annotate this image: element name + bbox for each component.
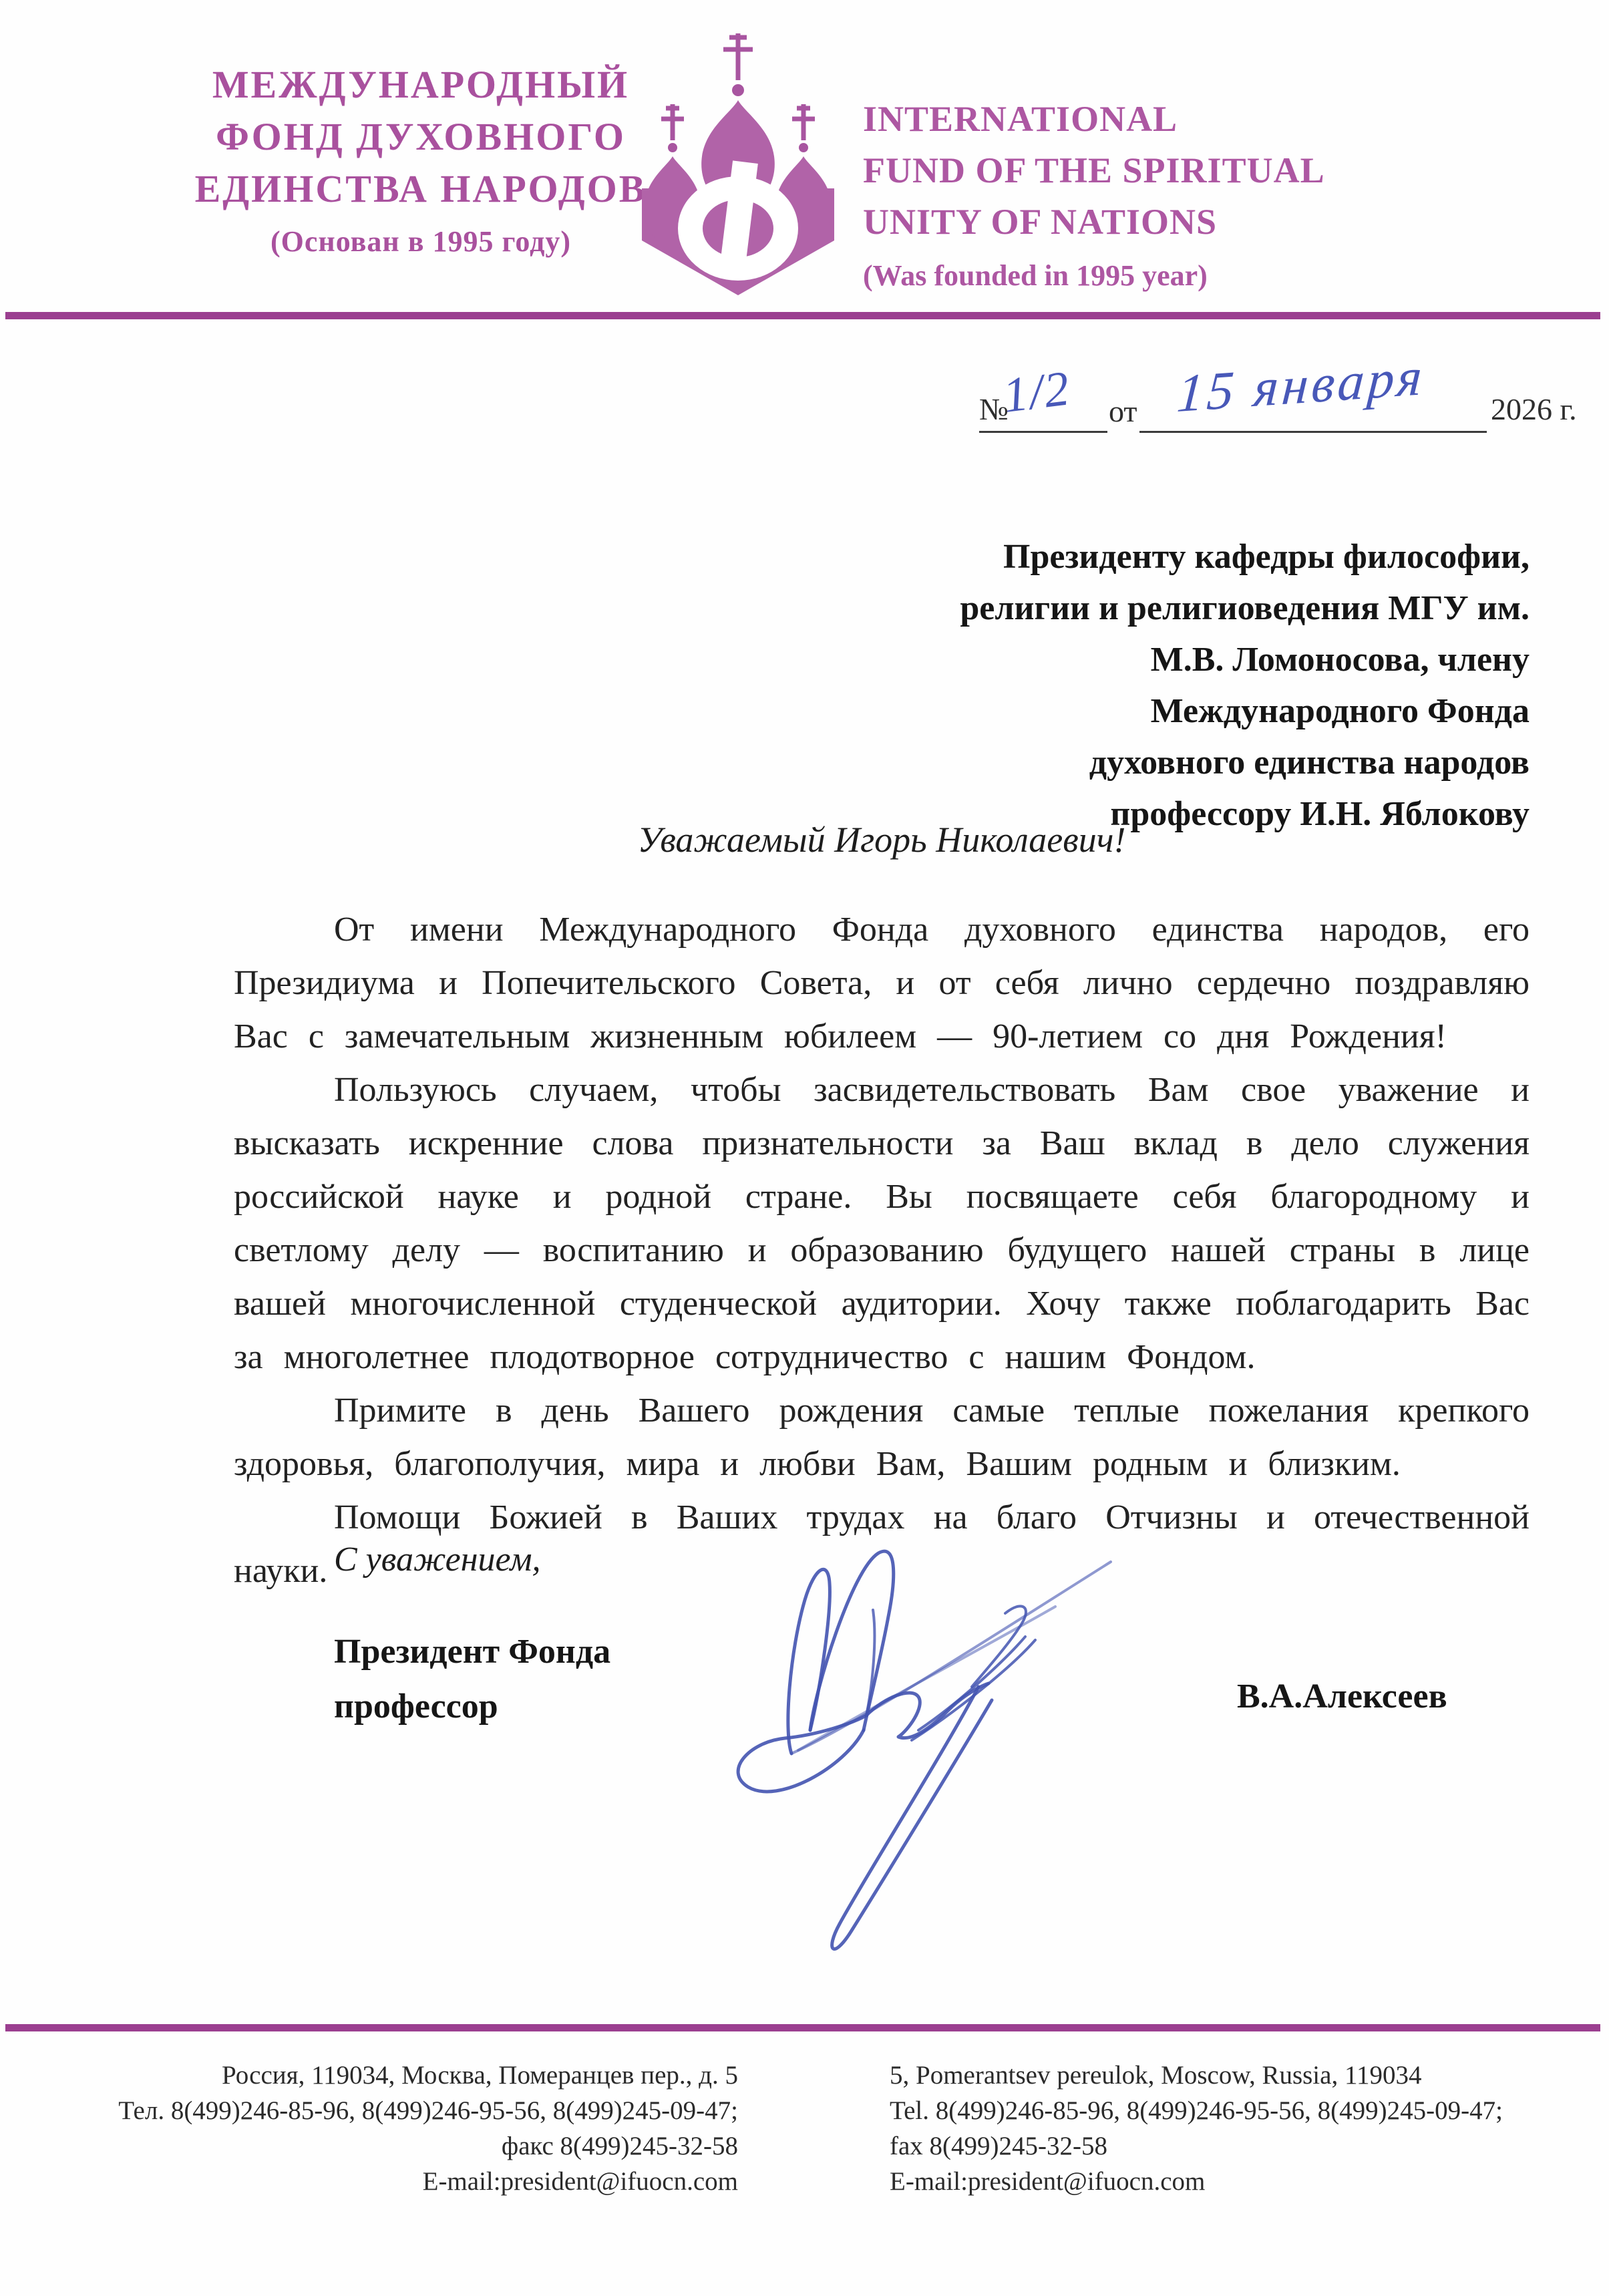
- church-domes-icon: [631, 28, 845, 295]
- ref-date-blank-line: [1139, 431, 1487, 433]
- dome-finial-ball: [732, 84, 744, 96]
- fund-logo: [631, 28, 845, 295]
- org-name-ru-line: МЕЖДУНАРОДНЫЙ: [150, 59, 691, 111]
- org-founded-en: (Was founded in 1995 year): [863, 259, 1531, 293]
- org-founded-ru: (Основан в 1995 году): [150, 224, 691, 259]
- addressee-block: Президенту кафедры философии, религии и …: [828, 531, 1530, 840]
- footer-fax-en: fax 8(499)245-32-58: [890, 2128, 1503, 2164]
- signature-icon: [691, 1530, 1119, 1984]
- org-name-ru-line: ФОНД ДУХОВНОГО: [150, 111, 691, 163]
- f-monogram: [678, 160, 798, 281]
- header-divider-rule: [5, 312, 1600, 319]
- signer-title-line: Президент Фонда: [334, 1625, 610, 1679]
- footer-phones-ru: Тел. 8(499)246-85-96, 8(499)246-95-56, 8…: [118, 2093, 738, 2128]
- footer-contact-english: 5, Pomerantsev pereulok, Moscow, Russia,…: [890, 2058, 1503, 2199]
- signer-titles: Президент Фонда профессор: [334, 1625, 610, 1734]
- handwritten-signature: [691, 1530, 1119, 1984]
- scanned-letter-page: { "document": { "type": "official congra…: [0, 0, 1609, 2296]
- addressee-line: Международного Фонда: [828, 685, 1530, 737]
- footer-address-ru: Россия, 119034, Москва, Померанцев пер.,…: [118, 2058, 738, 2093]
- ref-year-suffix: 2026 г.: [1491, 391, 1577, 427]
- addressee-line: Президенту кафедры философии,: [828, 531, 1530, 583]
- ref-date-label: от: [1109, 393, 1137, 429]
- ref-number-blank-line: [979, 431, 1107, 433]
- org-name-russian: МЕЖДУНАРОДНЫЙ ФОНД ДУХОВНОГО ЕДИНСТВА НА…: [150, 59, 691, 259]
- signer-name: В.А.Алексеев: [1237, 1677, 1447, 1716]
- footer-address-en: 5, Pomerantsev pereulok, Moscow, Russia,…: [890, 2058, 1503, 2093]
- body-paragraph: Примите в день Вашего рождения самые теп…: [234, 1384, 1530, 1491]
- addressee-line: М.В. Ломоносова, члену: [828, 634, 1530, 685]
- handwritten-ref-date: 15 января: [1175, 347, 1427, 426]
- dome-finial-ball: [668, 143, 677, 152]
- org-name-en-line: UNITY OF NATIONS: [863, 196, 1531, 248]
- footer-divider-rule: [5, 2024, 1600, 2031]
- footer-contact-russian: Россия, 119034, Москва, Померанцев пер.,…: [118, 2058, 738, 2199]
- footer-phones-en: Tel. 8(499)246-85-96, 8(499)246-95-56, 8…: [890, 2093, 1503, 2128]
- addressee-line: духовного единства народов: [828, 737, 1530, 788]
- org-name-en-line: INTERNATIONAL: [863, 94, 1531, 145]
- footer-fax-ru: факс 8(499)245-32-58: [118, 2128, 738, 2164]
- dome-finial-ball: [799, 143, 808, 152]
- body-paragraph: От имени Международного Фонда духовного …: [234, 903, 1530, 1063]
- addressee-line: религии и религиоведения МГУ им.: [828, 583, 1530, 634]
- footer-email-en: E-mail:president@ifuocn.com: [890, 2164, 1503, 2199]
- handwritten-ref-number: 1/2: [1000, 360, 1073, 425]
- org-name-english: INTERNATIONAL FUND OF THE SPIRITUAL UNIT…: [863, 94, 1531, 293]
- body-paragraph: Пользуюсь случаем, чтобы засвидетельство…: [234, 1063, 1530, 1384]
- org-name-en-line: FUND OF THE SPIRITUAL: [863, 145, 1531, 196]
- salutation: Уважаемый Игорь Николаевич!: [234, 819, 1530, 860]
- valediction: С уважением,: [334, 1540, 541, 1579]
- signer-title-line: профессор: [334, 1679, 610, 1734]
- footer-email-ru: E-mail:president@ifuocn.com: [118, 2164, 738, 2199]
- letter-body: От имени Международного Фонда духовного …: [234, 903, 1530, 1598]
- org-name-ru-line: ЕДИНСТВА НАРОДОВ: [150, 163, 691, 215]
